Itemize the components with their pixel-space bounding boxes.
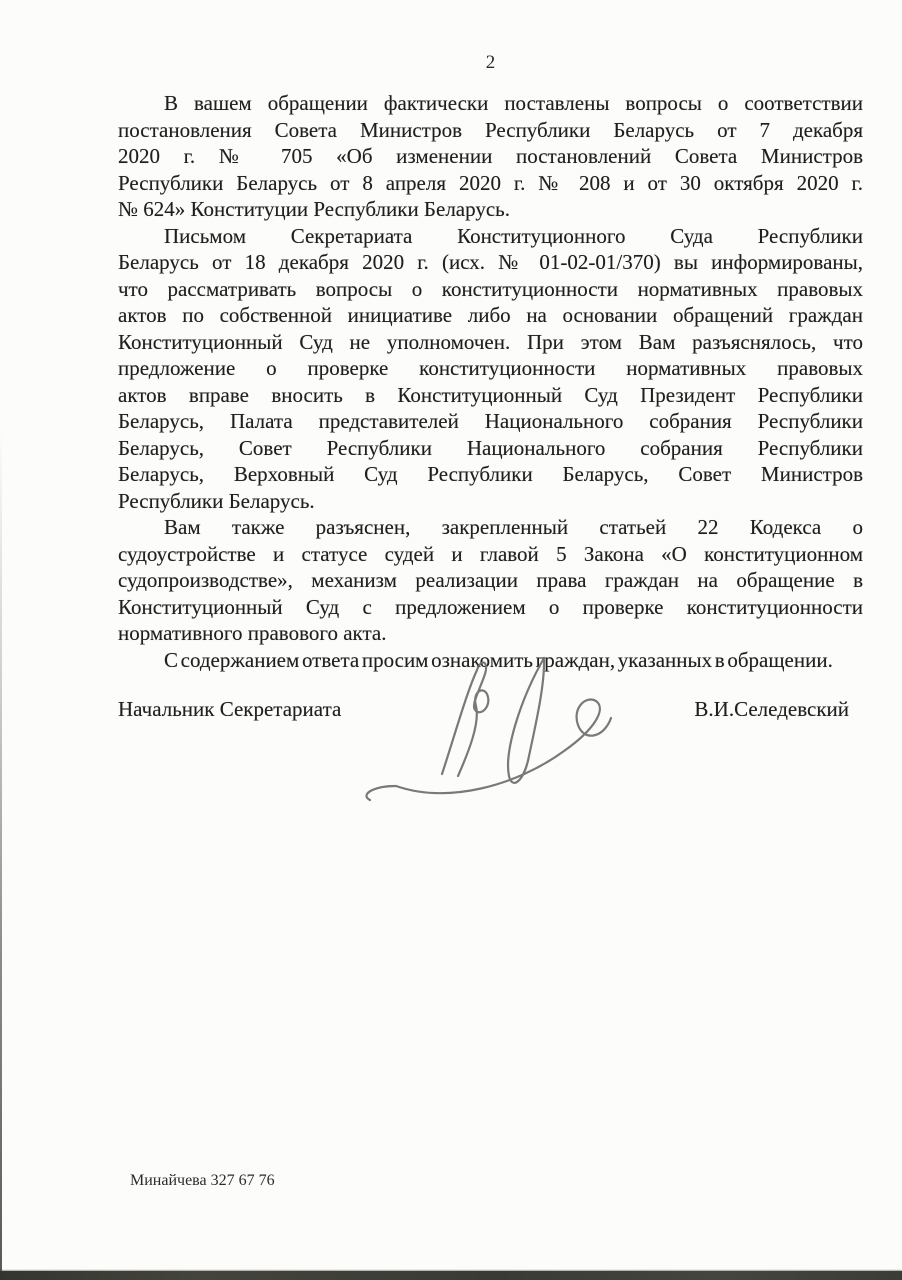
paragraph-2: Письмом Секретариата Конституционного Су… [118,223,863,515]
text-line: Беларусь от 18 декабря 2020 г. (исх. № 0… [118,249,863,276]
signer-position-title: Начальник Секретариата [118,696,341,723]
text-line: судоустройстве и статусе судей и главой … [118,541,863,568]
text-line: нормативного правового акта. [118,620,863,647]
scanned-letter-page: 2 В вашем обращении фактически поставлен… [0,0,902,1280]
text-line: Вам также разъяснен, закрепленный статье… [118,514,863,541]
signature-block: Начальник Секретариата В.И.Селедевский [118,696,863,723]
text-line: Республики Беларусь от 8 апреля 2020 г. … [118,170,863,197]
text-line: 2020 г. № 705 «Об изменении постановлени… [118,143,863,170]
text-line: Конституционный Суд не уполномочен. При … [118,329,863,356]
text-line: актов по собственной инициативе либо на … [118,302,863,329]
text-line: актов вправе вносить в Конституционный С… [118,382,863,409]
text-line: что рассматривать вопросы о конституцион… [118,276,863,303]
signer-name: В.И.Селедевский [694,696,849,723]
paragraph-3: Вам также разъяснен, закрепленный статье… [118,514,863,647]
text-line: постановления Совета Министров Республик… [118,117,863,144]
text-line: Конституционный Суд с предложением о про… [118,594,863,621]
scan-bottom-edge [0,1271,902,1280]
text-line: В вашем обращении фактически поставлены … [118,90,863,117]
page-number: 2 [118,52,863,74]
text-line: предложение о проверке конституционности… [118,355,863,382]
text-line: Беларусь, Верховный Суд Республики Белар… [118,461,863,488]
text-line: Беларусь, Палата представителей Национал… [118,408,863,435]
text-line: Республики Беларусь. [118,488,863,515]
footer-contact: Минайчева 327 67 76 [130,1172,275,1190]
text-line: судопроизводстве», механизм реализации п… [118,567,863,594]
paragraph-1: В вашем обращении фактически поставлены … [118,90,863,223]
scan-left-edge [0,430,2,1280]
text-line: С содержанием ответа просим ознакомить г… [118,647,863,674]
text-line: № 624» Конституции Республики Беларусь. [118,196,863,223]
text-line: Письмом Секретариата Конституционного Су… [118,223,863,250]
text-line: Беларусь, Совет Республики Национального… [118,435,863,462]
letter-body: В вашем обращении фактически поставлены … [118,90,863,723]
paragraph-4: С содержанием ответа просим ознакомить г… [118,647,863,674]
